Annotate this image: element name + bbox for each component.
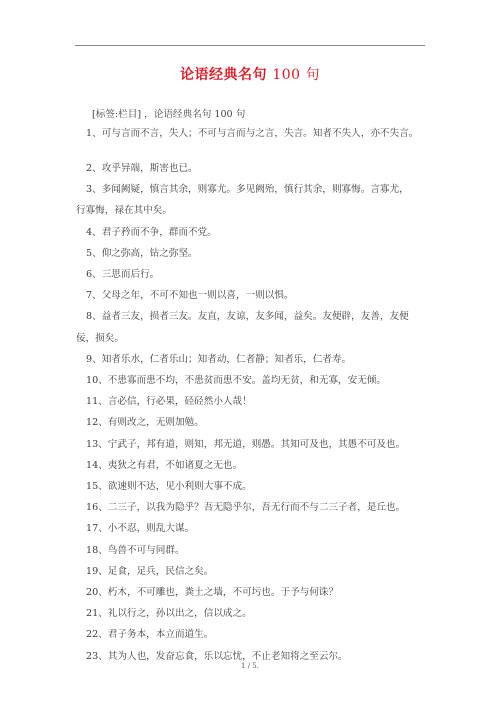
quote-line: 17、小不忍，则乱大谋。 xyxy=(86,520,194,534)
quote-line: 1、可与言而不言，失人；不可与言而与之言，失言。知者不失人，亦不失言。 xyxy=(86,125,418,139)
quote-line: 8、益者三友，损者三友。友直，友谅，友多闻，益矣。友便辟，友善，友便 xyxy=(86,308,409,322)
quote-line: 佞，损矣。 xyxy=(76,330,124,344)
quote-line: 11、言必信，行必果，硁硁然小人哉！ xyxy=(86,393,252,407)
quote-line: 10、不患寡而患不均，不患贫而患不安。盖均无贫，和无寡，安无倾。 xyxy=(86,372,386,386)
quote-line: 6、三思而后行。 xyxy=(86,266,159,280)
quote-line: 14、夷狄之有君，不如诸夏之无也。 xyxy=(86,457,242,471)
document-title: 论语经典名句 100 句 xyxy=(0,64,500,84)
quote-line: 15、欲速则不达，见小利则大事不成。 xyxy=(86,478,252,492)
quote-line: 2、攻乎异端，斯害也已。 xyxy=(86,160,198,174)
quote-line: 13、宁武子，邦有道，则知，邦无道，则愚。其知可及也，其愚不可及也。 xyxy=(86,436,405,450)
header-rule xyxy=(75,45,425,46)
quote-line: 18、鸟兽不可与同群。 xyxy=(86,542,185,556)
quote-line: 21、礼以行之，孙以出之，信以成之。 xyxy=(86,605,252,619)
tagline: [标签:栏目] ，论语经典名句 100 句 xyxy=(92,106,245,120)
header-mark: . xyxy=(421,39,423,45)
title-number: 100 句 xyxy=(272,67,320,83)
quote-line: 5、仰之弥高，钻之弥坚。 xyxy=(86,245,198,259)
quote-line: 9、知者乐水，仁者乐山；知者动，仁者静；知者乐，仁者寿。 xyxy=(86,351,351,365)
quote-line: 20、朽木，不可雕也，粪土之墙，不可圬也。于予与何诛？ xyxy=(86,584,338,598)
quote-line: 行寡悔，禄在其中矣。 xyxy=(76,202,172,216)
quote-line: 3、多闻阙疑，慎言其余，则寡尤。多见阙殆，慎行其余，则寡悔。言寡尤， xyxy=(86,181,409,195)
quote-line: 22、君子务本，本立而道生。 xyxy=(86,626,213,640)
quote-line: 4、君子矜而不争，群而不党。 xyxy=(86,224,217,238)
quote-line: 7、父母之年，不可不知也一则以喜，一则以惧。 xyxy=(86,287,294,301)
quote-line: 19、足食，足兵，民信之矣。 xyxy=(86,563,213,577)
quote-line: 16、二三子，以我为隐乎？吾无隐乎尔，吾无行而不与二三子者，是丘也。 xyxy=(86,499,405,513)
quote-line: 12、有则改之，无则加勉。 xyxy=(86,414,204,428)
title-text: 论语经典名句 xyxy=(180,67,267,83)
page-number: 1 / 5. xyxy=(0,662,500,670)
quote-line: 23、其为人也，发奋忘食，乐以忘忧，不止老知将之至云尔。 xyxy=(86,648,348,662)
